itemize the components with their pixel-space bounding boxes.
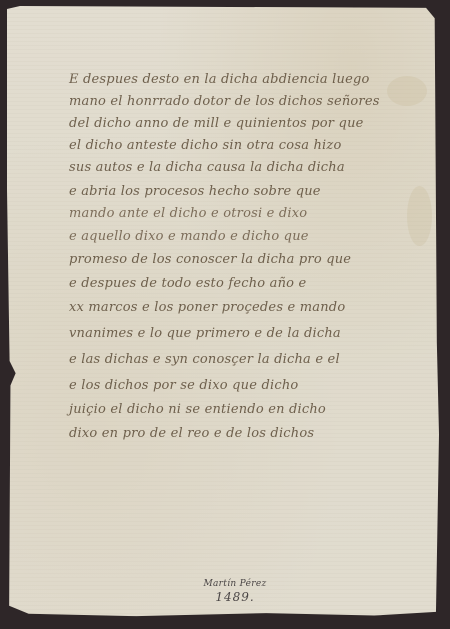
manuscript-line: E despues desto en la dicha abdiencia lu… (69, 72, 370, 87)
manuscript-line: e abria los procesos hecho sobre que (69, 184, 321, 199)
archive-year: 1489. (185, 590, 285, 604)
paper-stain (407, 186, 432, 246)
manuscript-line: e los dichos por se dixo que dicho (69, 378, 298, 393)
paper-stain (387, 76, 427, 106)
manuscript-line: promeso de los conoscer la dicha pro que (69, 252, 351, 267)
manuscript-line: e despues de todo esto fecho año e (69, 276, 306, 291)
manuscript-line: juiçio el dicho ni se entiendo en dicho (69, 402, 326, 417)
manuscript-line: xx marcos e los poner proçedes e mando (69, 300, 345, 315)
archive-name: Martín Pérez (185, 579, 285, 589)
manuscript-line: sus autos e la dicha causa la dicha dich… (69, 160, 345, 175)
manuscript-line: dixo en pro de el reo e de los dichos (69, 426, 314, 441)
manuscript-line: mano el honrrado dotor de los dichos señ… (69, 94, 380, 109)
manuscript-line: e las dichas e syn conosçer la dicha e e… (69, 352, 340, 367)
manuscript-line: vnanimes e lo que primero e de la dicha (69, 326, 341, 341)
manuscript-line: del dicho anno de mill e quinientos por … (69, 116, 364, 131)
manuscript-page: E despues desto en la dicha abdiencia lu… (7, 6, 439, 618)
manuscript-line: mando ante el dicho e otrosi e dixo (69, 206, 307, 221)
manuscript-line: el dicho anteste dicho sin otra cosa hiz… (69, 138, 341, 153)
manuscript-line: e aquello dixo e mando e dicho que (69, 229, 309, 244)
archive-annotation: Martín Pérez 1489. (185, 579, 285, 604)
